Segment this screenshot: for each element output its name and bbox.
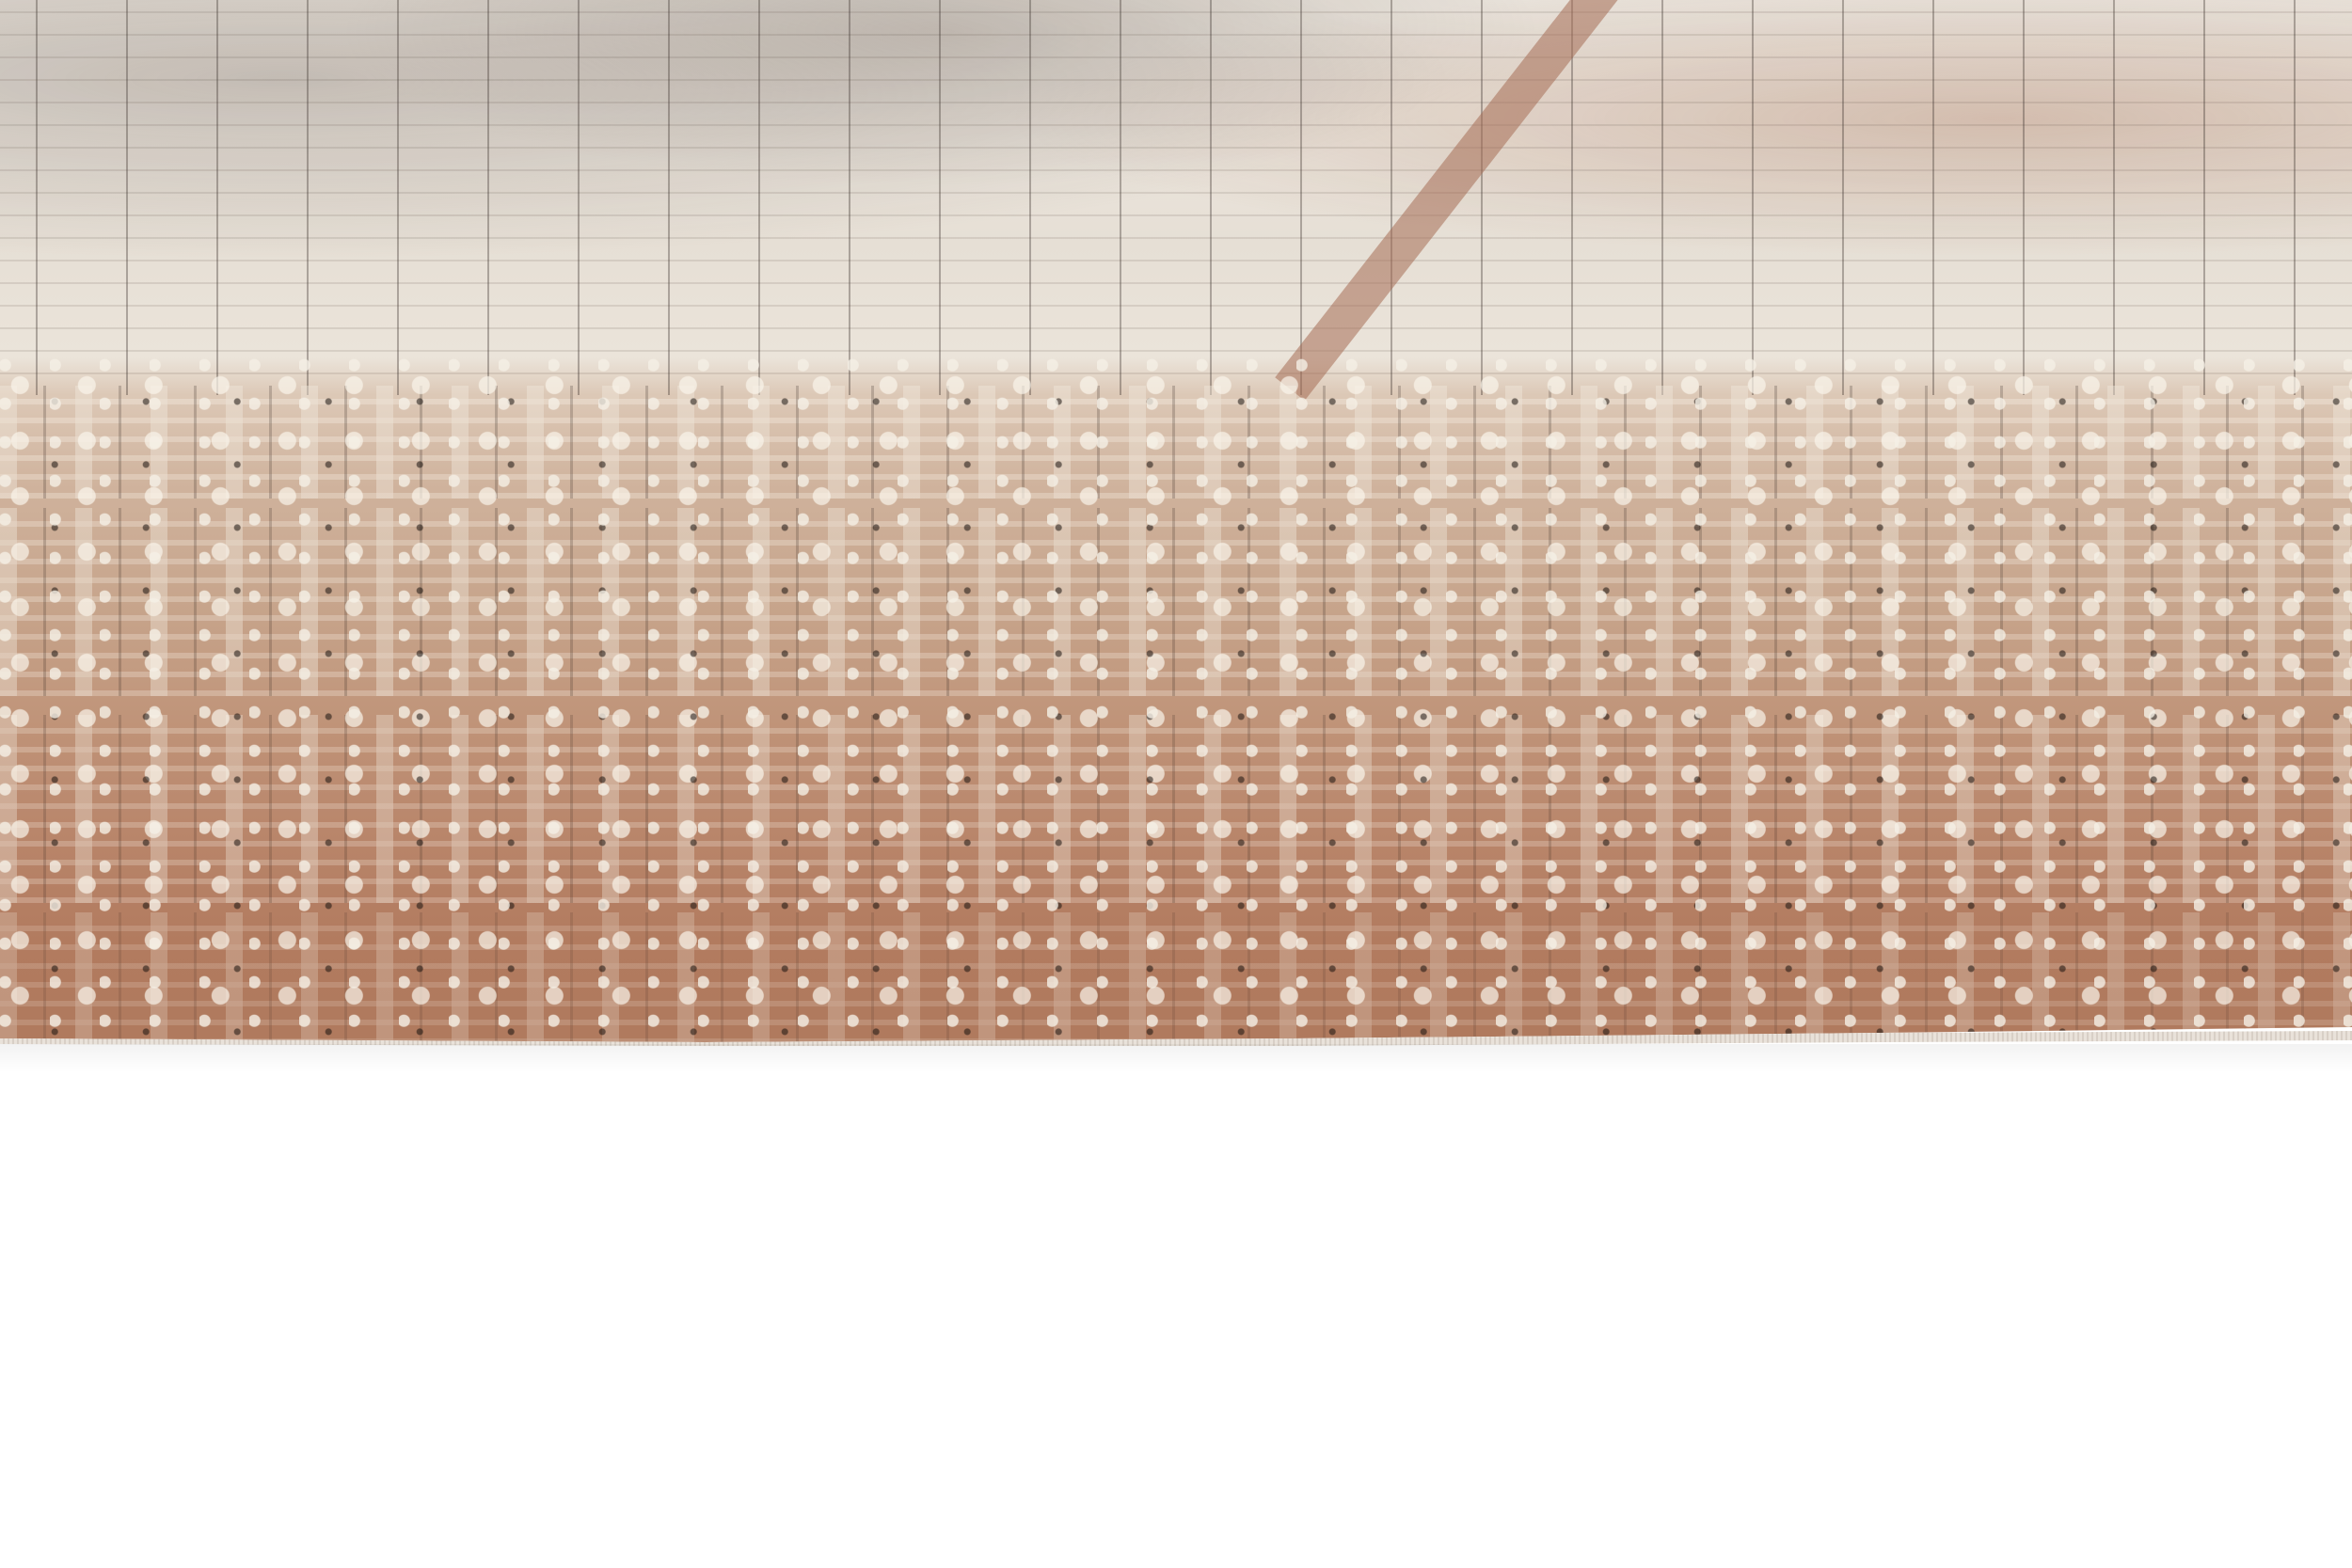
rug-distressed-texture xyxy=(0,357,2352,1046)
rug-field-pattern xyxy=(0,0,2352,395)
rug-edge-shadow xyxy=(0,1044,2352,1072)
product-photo xyxy=(0,0,2352,1568)
rug xyxy=(0,0,2352,1046)
